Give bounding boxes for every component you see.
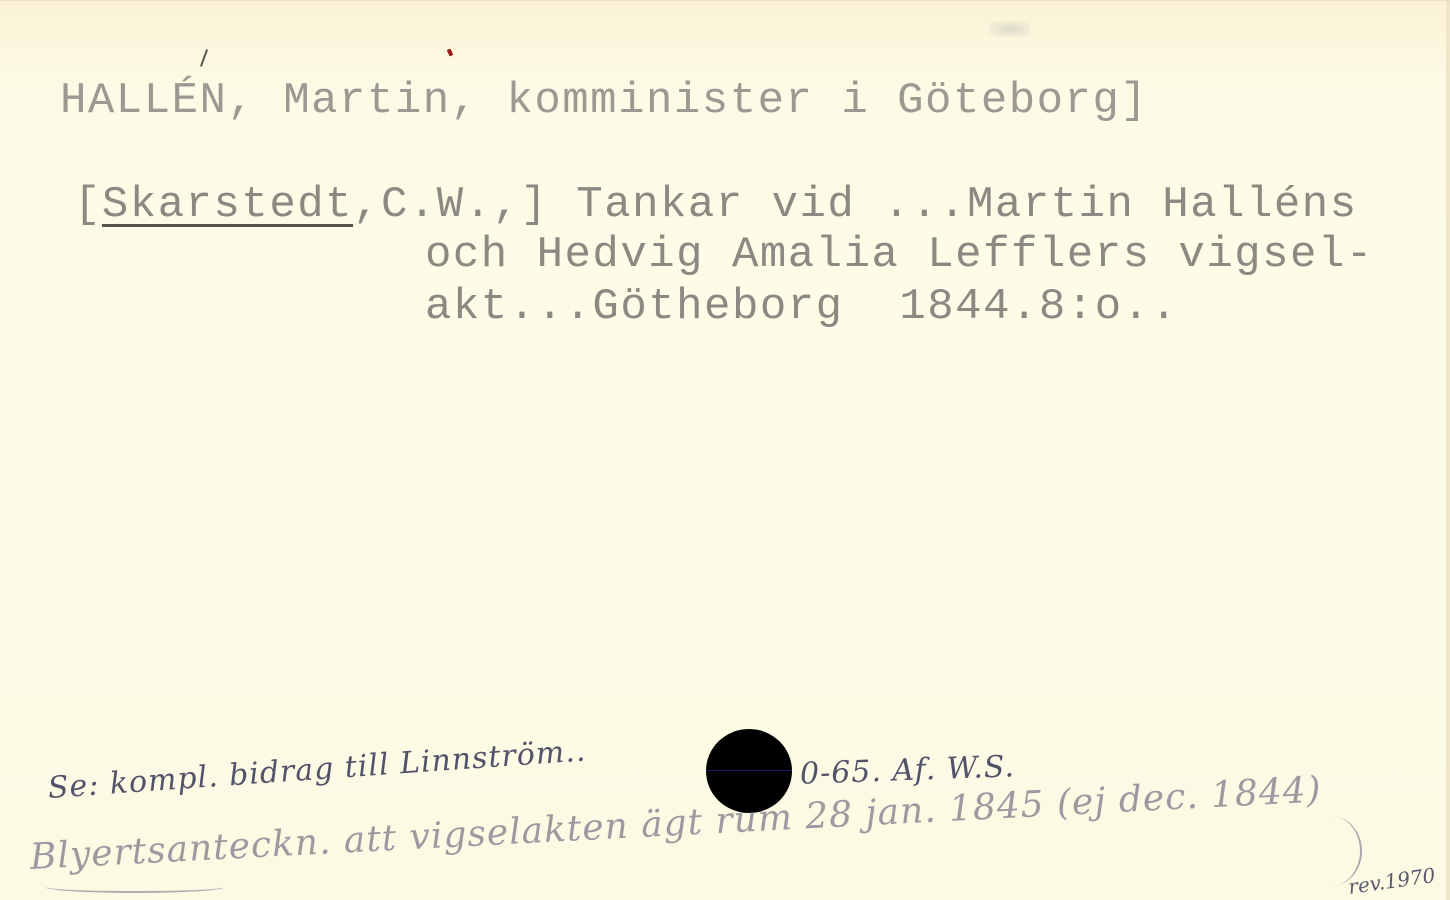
revision-note: rev.1970: [1347, 863, 1437, 899]
smudge-mark: [990, 21, 1030, 37]
title-line-1: Tankar vid ...Martin Halléns: [548, 180, 1357, 230]
acute-accent-mark: [200, 49, 208, 67]
pencil-underline: [45, 881, 225, 893]
red-tick-mark: [447, 48, 454, 56]
catalog-card: HALLÉN, Martin, komminister i Göteborg] …: [0, 0, 1450, 900]
card-heading: HALLÉN, Martin, komminister i Göteborg]: [60, 73, 1148, 129]
title-line-2: och Hedvig Amalia Lefflers vigsel-: [425, 227, 1374, 283]
title-line-3: akt...Götheborg 1844.8:o..: [425, 279, 1178, 335]
handwritten-see-also-note-continued: 0-65. Af. W.S.: [799, 749, 1015, 791]
author-initials: ,C.W.,]: [353, 180, 548, 230]
author-bracket-open: [: [74, 180, 102, 230]
entry-line-1: [Skarstedt,C.W.,] Tankar vid ...Martin H…: [74, 177, 1358, 233]
handwritten-see-also-note: Se: kompl. bidrag till Linnström..: [47, 733, 588, 806]
author-name: Skarstedt: [102, 180, 353, 230]
